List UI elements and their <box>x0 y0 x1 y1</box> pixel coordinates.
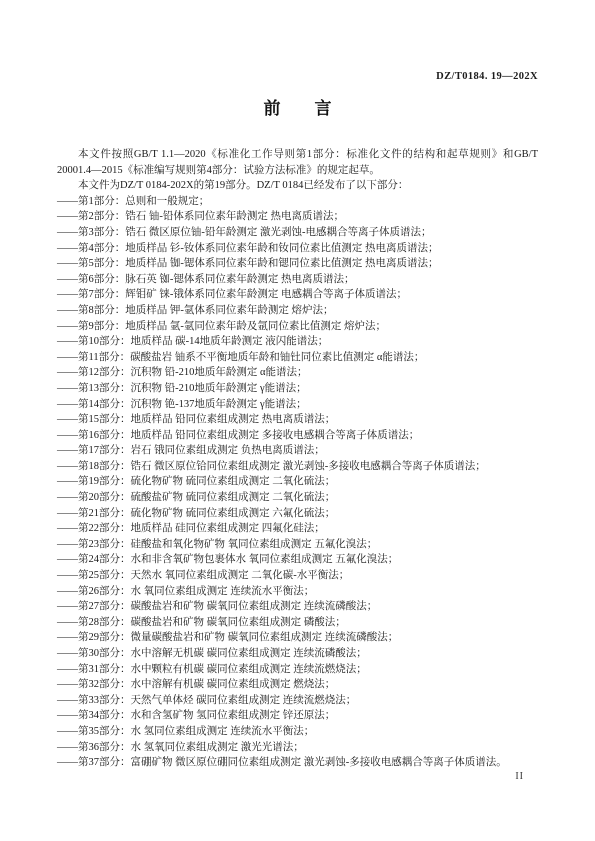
list-item-part: ——第17部分：岩石 锇同位素组成测定 负热电离质谱法； <box>57 443 538 459</box>
list-item-part: ——第8部分：地质样品 钾-氩体系同位素年龄测定 熔炉法； <box>57 303 538 319</box>
list-item-part: ——第12部分：沉积物 铅-210地质年龄测定 α能谱法； <box>57 365 538 381</box>
list-item-part: ——第14部分：沉积物 铯-137地质年龄测定 γ能谱法； <box>57 397 538 413</box>
list-item-part: ——第9部分：地质样品 氩-氩同位素年龄及氩同位素比值测定 熔炉法； <box>57 319 538 335</box>
intro-paragraph-1: 本文件按照GB/T 1.1—2020《标准化工作导则第1部分：标准化文件的结构和… <box>57 147 538 178</box>
list-item-part: ——第35部分：水 氢同位素组成测定 连续流水平衡法； <box>57 724 538 740</box>
list-item-part: ——第18部分：锆石 微区原位铪同位素组成测定 激光剥蚀-多接收电感耦合等离子体… <box>57 459 538 475</box>
list-item-part: ——第5部分：地质样品 铷-锶体系同位素年龄和锶同位素比值测定 热电离质谱法； <box>57 256 538 272</box>
intro-paragraph-2: 本文件为DZ/T 0184-202X的第19部分。DZ/T 0184已经发布了以… <box>57 178 538 194</box>
document-body: 本文件按照GB/T 1.1—2020《标准化工作导则第1部分：标准化文件的结构和… <box>57 147 538 771</box>
list-item-part: ——第7部分：辉钼矿 铼-锇体系同位素年龄测定 电感耦合等离子体质谱法； <box>57 287 538 303</box>
list-item-part: ——第20部分：硫酸盐矿物 硫同位素组成测定 二氧化硫法； <box>57 490 538 506</box>
list-item-part: ——第2部分：锆石 铀-铅体系同位素年龄测定 热电离质谱法； <box>57 209 538 225</box>
document-page: DZ/T0184. 19—202X 前 言 本文件按照GB/T 1.1—2020… <box>0 0 595 841</box>
list-item-part: ——第13部分：沉积物 铅-210地质年龄测定 γ能谱法； <box>57 381 538 397</box>
list-item-part: ——第31部分：水中颗粒有机碳 碳同位素组成测定 连续流燃烧法； <box>57 662 538 678</box>
list-item-part: ——第26部分：水 氧同位素组成测定 连续流水平衡法； <box>57 584 538 600</box>
list-item-part: ——第21部分：硫化物矿物 硫同位素组成测定 六氟化硫法； <box>57 506 538 522</box>
list-item-part: ——第29部分：微量碳酸盐岩和矿物 碳氧同位素组成测定 连续流磷酸法； <box>57 630 538 646</box>
list-item-part: ——第6部分：脉石英 铷-锶体系同位素年龄测定 热电离质谱法； <box>57 272 538 288</box>
list-item-part: ——第1部分：总则和一般规定； <box>57 194 538 210</box>
list-item-part: ——第3部分：锆石 微区原位铀-铅年龄测定 激光剥蚀-电感耦合等离子体质谱法； <box>57 225 538 241</box>
list-item-part: ——第15部分：地质样品 铅同位素组成测定 热电离质谱法； <box>57 412 538 428</box>
standard-number-header: DZ/T0184. 19—202X <box>436 71 538 82</box>
parts-list: ——第1部分：总则和一般规定；——第2部分：锆石 铀-铅体系同位素年龄测定 热电… <box>57 194 538 771</box>
list-item-part: ——第33部分：天然气单体烃 碳同位素组成测定 连续流燃烧法； <box>57 693 538 709</box>
list-item-part: ——第34部分：水和含氢矿物 氢同位素组成测定 锌还原法； <box>57 708 538 724</box>
list-item-part: ——第27部分：碳酸盐岩和矿物 碳氧同位素组成测定 连续流磷酸法； <box>57 599 538 615</box>
list-item-part: ——第30部分：水中溶解无机碳 碳同位素组成测定 连续流磷酸法； <box>57 646 538 662</box>
list-item-part: ——第22部分：地质样品 硅同位素组成测定 四氟化硅法； <box>57 521 538 537</box>
page-number: II <box>515 771 524 782</box>
list-item-part: ——第19部分：硫化物矿物 硫同位素组成测定 二氧化硫法； <box>57 474 538 490</box>
list-item-part: ——第32部分：水中溶解有机碳 碳同位素组成测定 燃烧法； <box>57 677 538 693</box>
list-item-part: ——第11部分：碳酸盐岩 铀系不平衡地质年龄和铀钍同位素比值测定 α能谱法； <box>57 350 538 366</box>
list-item-part: ——第25部分：天然水 氧同位素组成测定 二氧化碳-水平衡法； <box>57 568 538 584</box>
list-item-part: ——第23部分：硅酸盐和氧化物矿物 氧同位素组成测定 五氟化溴法； <box>57 537 538 553</box>
list-item-part: ——第37部分：富硼矿物 微区原位硼同位素组成测定 激光剥蚀-多接收电感耦合等离… <box>57 755 538 771</box>
page-title: 前 言 <box>0 94 595 119</box>
list-item-part: ——第24部分：水和非含氧矿物包裹体水 氧同位素组成测定 五氟化溴法； <box>57 552 538 568</box>
list-item-part: ——第10部分：地质样品 碳-14地质年龄测定 液闪能谱法； <box>57 334 538 350</box>
list-item-part: ——第16部分：地质样品 铅同位素组成测定 多接收电感耦合等离子体质谱法； <box>57 428 538 444</box>
list-item-part: ——第4部分：地质样品 钐-钕体系同位素年龄和钕同位素比值测定 热电离质谱法； <box>57 241 538 257</box>
list-item-part: ——第28部分：碳酸盐岩和矿物 碳氧同位素组成测定 磷酸法； <box>57 615 538 631</box>
list-item-part: ——第36部分：水 氢氧同位素组成测定 激光光谱法； <box>57 740 538 756</box>
